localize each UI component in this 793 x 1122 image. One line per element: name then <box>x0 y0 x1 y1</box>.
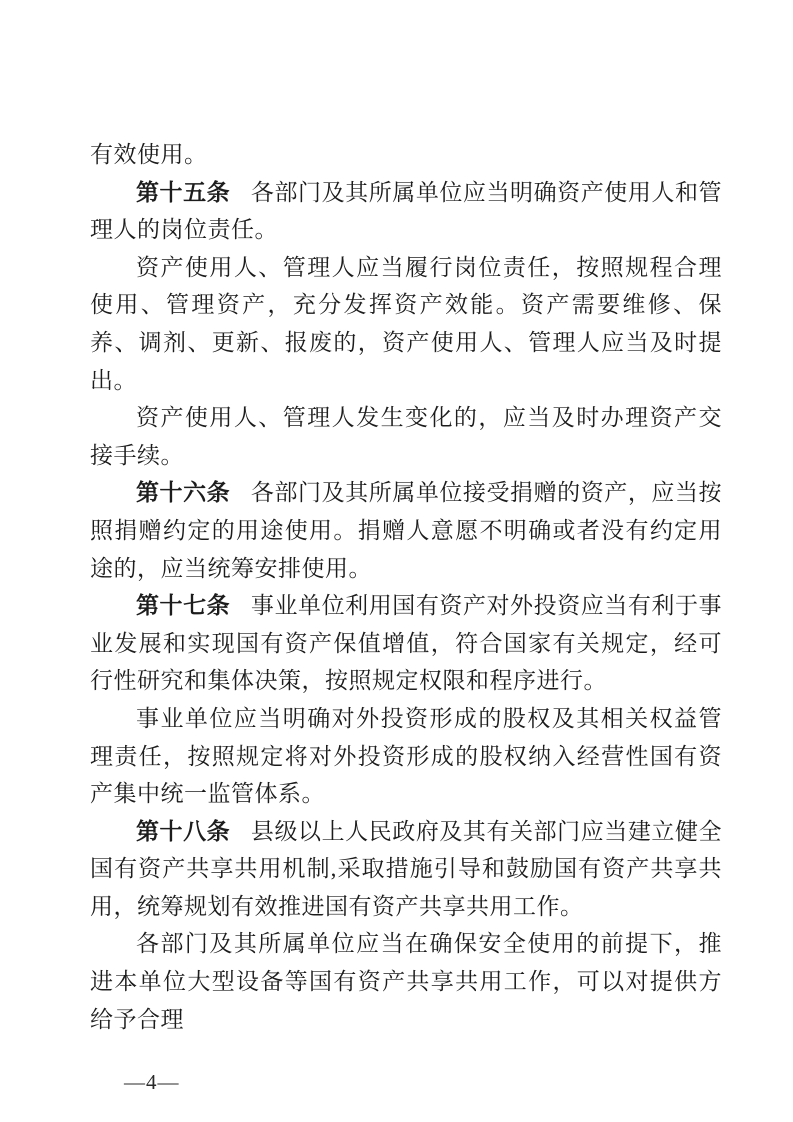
article-17-label: 第十七条 <box>136 592 230 618</box>
paragraph-body: 资产使用人、管理人发生变化的，应当及时办理资产交接手续。 <box>90 399 722 474</box>
paragraph-body: 各部门及其所属单位应当在确保安全使用的前提下，推进本单位大型设备等国有资产共享共… <box>90 925 722 1038</box>
paragraph-article-15: 第十五条各部门及其所属单位应当明确资产使用人和管理人的岗位责任。 <box>90 174 722 249</box>
article-18-label: 第十八条 <box>136 818 230 844</box>
paragraph-article-16: 第十六条各部门及其所属单位接受捐赠的资产，应当按照捐赠约定的用途使用。捐赠人意愿… <box>90 474 722 587</box>
page-number: —4— <box>124 1070 180 1095</box>
article-15-label: 第十五条 <box>136 179 230 205</box>
paragraph-article-18: 第十八条县级以上人民政府及其有关部门应当建立健全国有资产共享共用机制,采取措施引… <box>90 813 722 926</box>
article-16-label: 第十六条 <box>136 479 230 505</box>
paragraph-article-17: 第十七条事业单位利用国有资产对外投资应当有利于事业发展和实现国有资产保值增值，符… <box>90 587 722 700</box>
document-page: 有效使用。 第十五条各部门及其所属单位应当明确资产使用人和管理人的岗位责任。 资… <box>0 0 793 1122</box>
paragraph-continuation: 有效使用。 <box>90 136 722 174</box>
document-body: 有效使用。 第十五条各部门及其所属单位应当明确资产使用人和管理人的岗位责任。 资… <box>90 136 722 1038</box>
paragraph-body: 事业单位应当明确对外投资形成的股权及其相关权益管理责任，按照规定将对外投资形成的… <box>90 700 722 813</box>
paragraph-body: 资产使用人、管理人应当履行岗位责任，按照规程合理使用、管理资产，充分发挥资产效能… <box>90 249 722 399</box>
